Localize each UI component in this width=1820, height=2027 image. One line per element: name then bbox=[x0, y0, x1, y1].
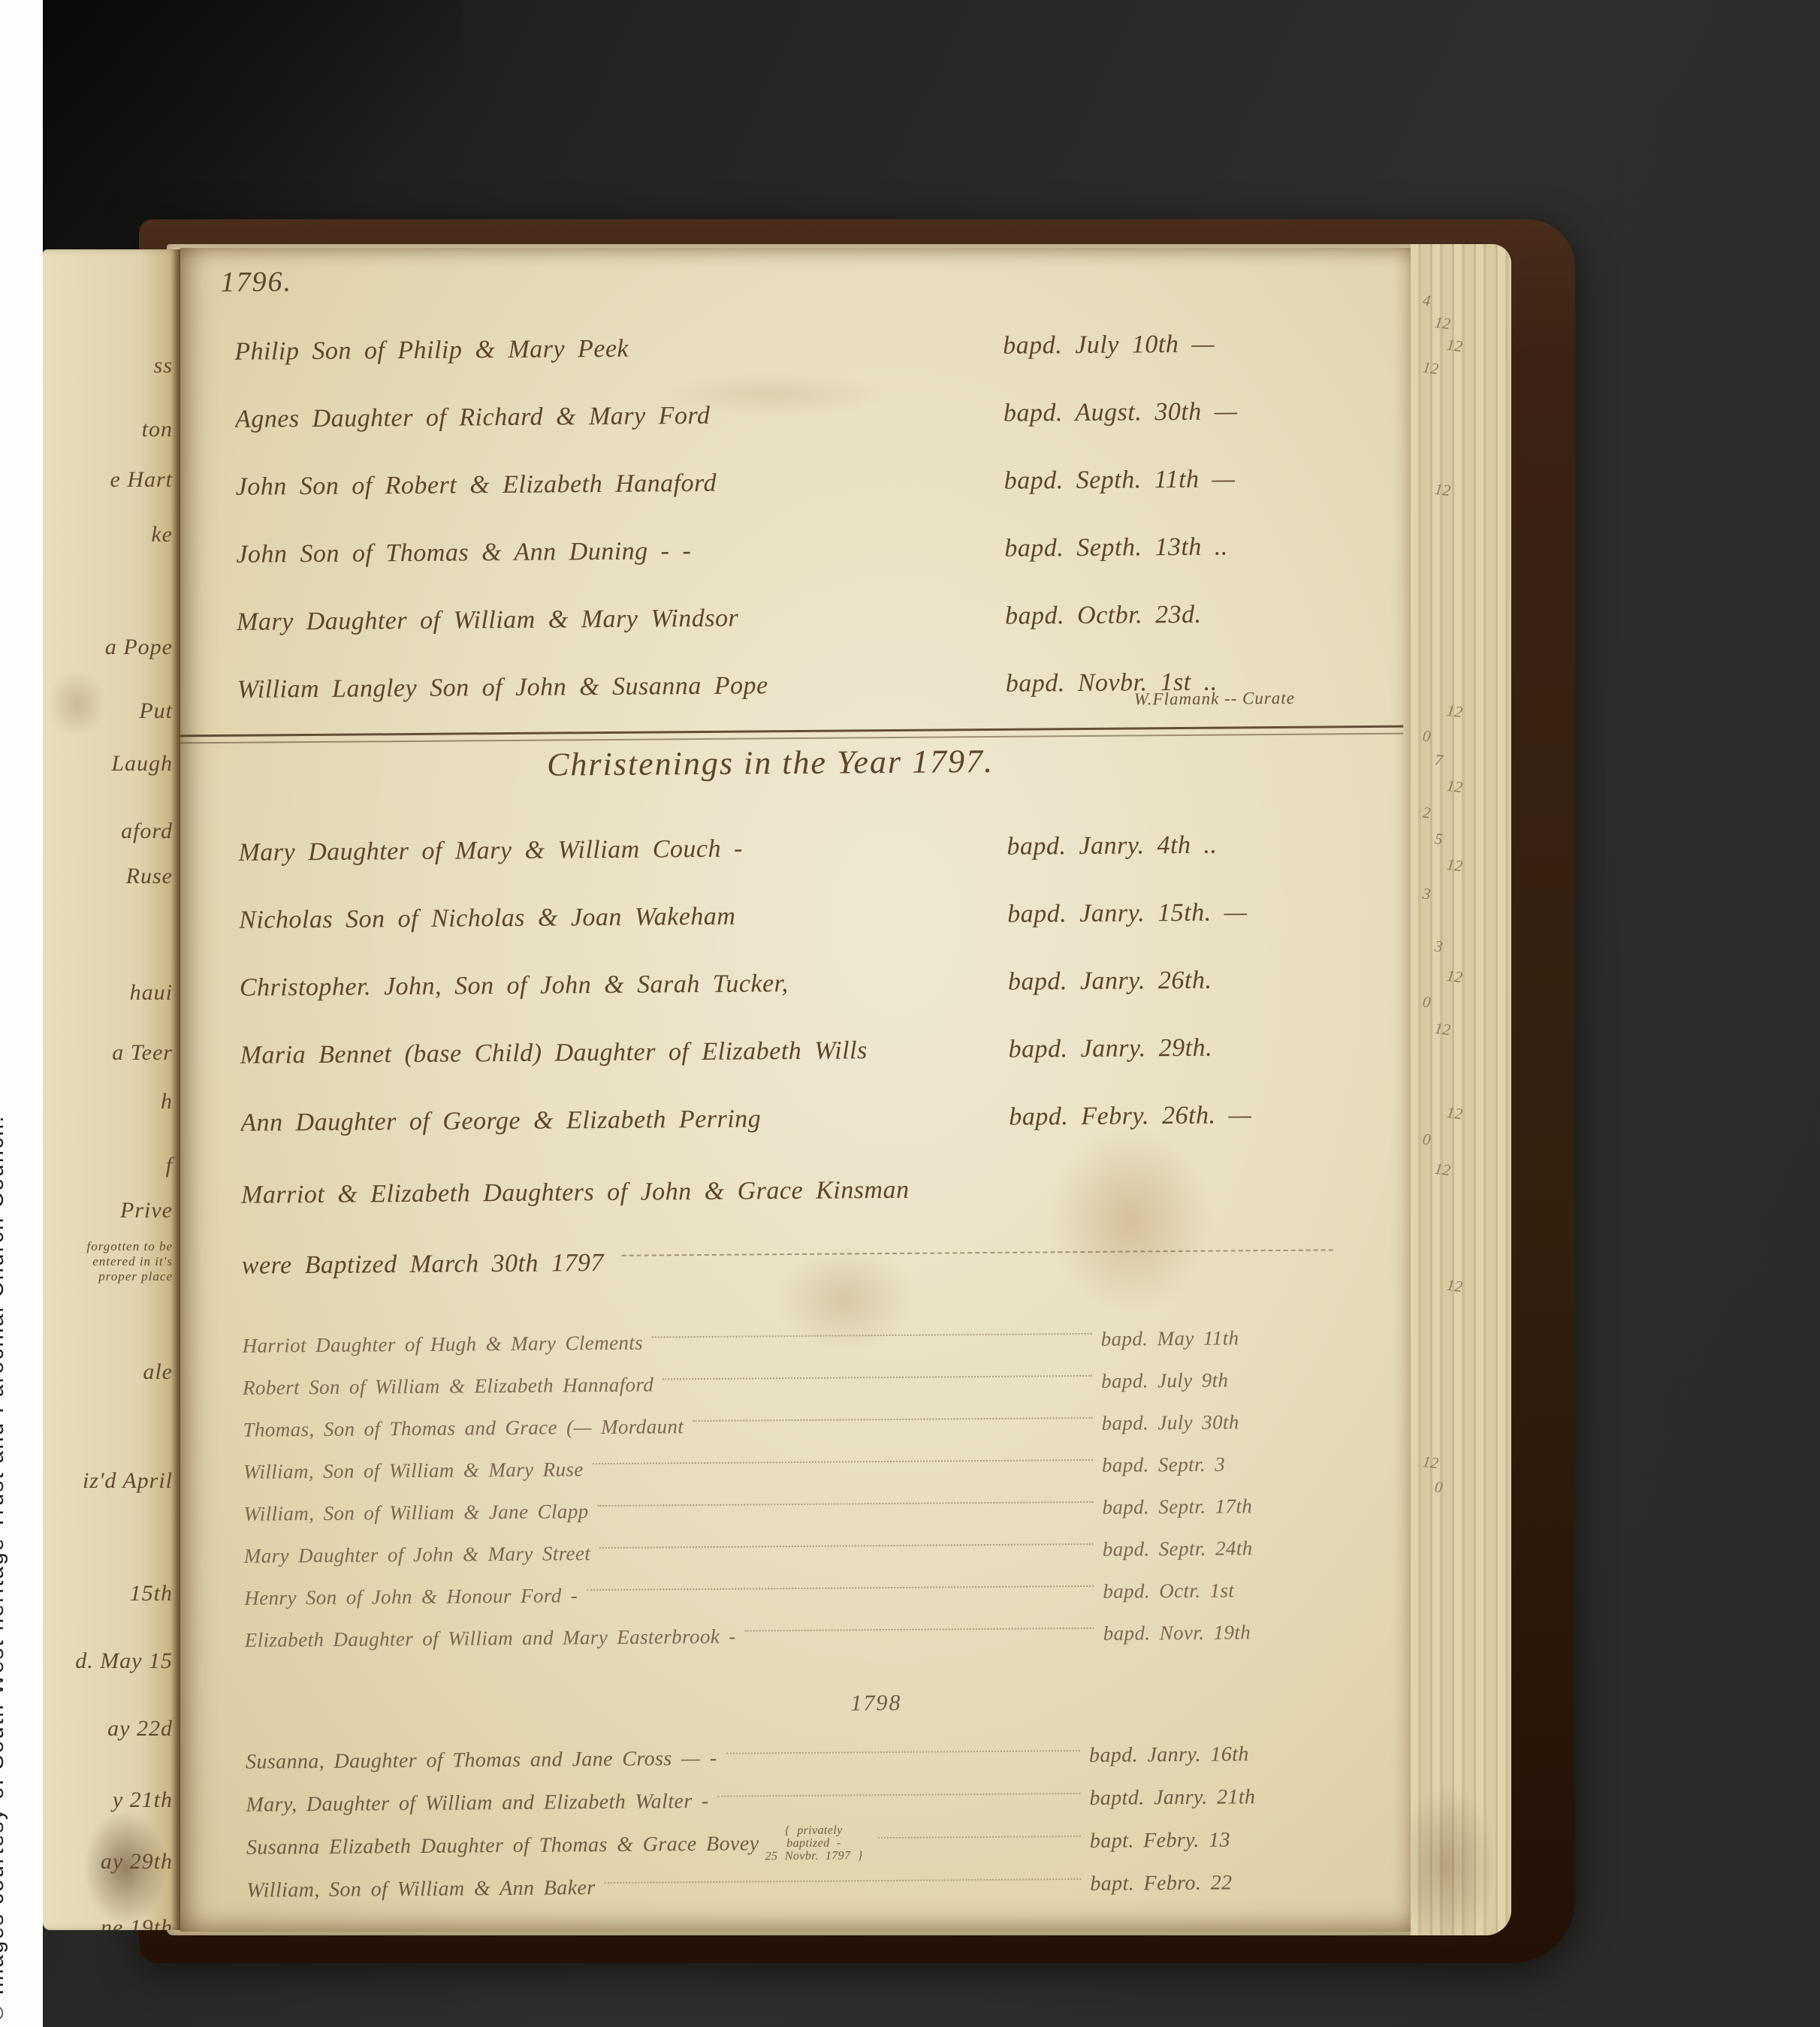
entry-date: bapd. Janry. 4th .. bbox=[1007, 830, 1337, 861]
entry-name: Maria Bennet (base Child) Daughter of El… bbox=[240, 1036, 1008, 1070]
year-1798-label: 1798 bbox=[756, 1690, 996, 1718]
fore-edge-mark: 0 bbox=[1434, 1477, 1444, 1497]
baptism-entry: Elizabeth Daughter of William and Mary E… bbox=[185, 1610, 1411, 1662]
adjacent-page-fragment: a Pope bbox=[105, 635, 173, 660]
fore-edge-mark: 4 bbox=[1422, 291, 1432, 310]
adjacent-page-fragment: f bbox=[166, 1153, 173, 1178]
entry-date: bapd. Novr. 19th bbox=[1103, 1620, 1344, 1645]
fore-edge-mark: 12 bbox=[1434, 1019, 1452, 1039]
entry-name: Philip Son of Philip & Mary Peek bbox=[234, 332, 1003, 366]
paper-stain bbox=[47, 670, 107, 738]
dash-leader bbox=[622, 1249, 1333, 1256]
curate-signature: W.Flamank -- Curate bbox=[1134, 689, 1295, 710]
adjacent-page-fragment: ay 29th bbox=[101, 1849, 173, 1875]
entry-date: bapd. July 30th bbox=[1101, 1410, 1342, 1435]
entry-name: Henry Son of John & Honour Ford - bbox=[244, 1584, 578, 1609]
fore-edge-marks-layer: 412121212120712251233120121201212120 bbox=[1417, 0, 1514, 2027]
entry-name: William, Son of William & Ann Baker bbox=[246, 1876, 595, 1903]
entry-name: Christopher. John, Son of John & Sarah T… bbox=[240, 968, 1008, 1003]
kinsman-entry-line1: Marriot & Elizabeth Daughters of John & … bbox=[181, 1151, 1411, 1232]
dot-leader bbox=[605, 1878, 1082, 1884]
entries-1798-section: Susanna, Daughter of Thomas and Jane Cro… bbox=[186, 1732, 1411, 1913]
baptism-entry: Agnes Daughter of Richard & Mary Ford ba… bbox=[180, 377, 1405, 454]
entry-name: Mary Daughter of William & Mary Windsor bbox=[237, 602, 1005, 637]
scanned-register-photo: 412121212120712251233120121201212120 sst… bbox=[0, 0, 1820, 2027]
entry-date: bapd. July 10th — bbox=[1003, 329, 1333, 360]
previous-page-edge: sstone Hartkea PopePutLaughafordRusehaui… bbox=[43, 249, 180, 1930]
entry-date: bapd. May 11th bbox=[1100, 1326, 1341, 1351]
fore-edge-mark: 12 bbox=[1422, 358, 1440, 379]
adjacent-page-fragment: Put bbox=[139, 698, 173, 724]
fore-edge-mark: 12 bbox=[1446, 777, 1464, 797]
entry-name: Robert Son of William & Elizabeth Hannaf… bbox=[243, 1373, 653, 1399]
entry-name: John Son of Robert & Elizabeth Hanaford bbox=[236, 467, 1004, 502]
adjacent-page-fragment: forgotten to be entered in it's proper p… bbox=[87, 1239, 173, 1284]
baptism-entry: Nicholas Son of Nicholas & Joan Wakeham … bbox=[180, 878, 1410, 955]
adjacent-page-fragment: ke bbox=[151, 522, 173, 547]
entry-date: bapd. Janry. 29th. bbox=[1008, 1033, 1339, 1063]
kinsman-entry-line2: were Baptized March 30th 1797 bbox=[181, 1221, 1411, 1302]
entry-name: Mary, Daughter of William and Elizabeth … bbox=[246, 1789, 708, 1817]
fore-edge-mark: 12 bbox=[1422, 1452, 1440, 1473]
dot-leader bbox=[745, 1627, 1094, 1632]
fore-edge-mark: 0 bbox=[1422, 726, 1432, 746]
fore-edge-mark: 12 bbox=[1446, 336, 1464, 356]
entry-name: Harriot Daughter of Hugh & Mary Clements bbox=[243, 1331, 644, 1357]
entry-name: Susanna Elizabeth Daughter of Thomas & G… bbox=[246, 1832, 759, 1860]
baptism-entry: William Langley Son of John & Susanna Po… bbox=[180, 647, 1408, 725]
entry-date: bapd. Octbr. 23d. bbox=[1005, 599, 1336, 630]
fore-edge-mark: 0 bbox=[1422, 992, 1432, 1012]
fore-edge-mark: 12 bbox=[1446, 967, 1464, 987]
entry-name: Susanna, Daughter of Thomas and Jane Cro… bbox=[246, 1746, 717, 1774]
christenings-1797-heading: Christenings in the Year 1797. bbox=[180, 739, 1363, 786]
baptism-entry: Philip Son of Philip & Mary Peek bapd. J… bbox=[180, 309, 1405, 387]
handwritten-text-layer: 1796. Philip Son of Philip & Mary Peek b… bbox=[180, 248, 1411, 1932]
entry-name: William Langley Son of John & Susanna Po… bbox=[237, 670, 1006, 704]
baptism-entry: Ann Daughter of George & Elizabeth Perri… bbox=[180, 1081, 1411, 1158]
adjacent-page-fragment: d. May 15 bbox=[75, 1648, 173, 1674]
fore-edge-mark: 7 bbox=[1434, 750, 1444, 770]
dot-leader bbox=[593, 1459, 1093, 1464]
baptism-entry: John Son of Thomas & Ann Duning - - bapd… bbox=[180, 512, 1407, 590]
entry-date: bapd. Septr. 24th bbox=[1103, 1536, 1343, 1561]
entry-name: Mary Daughter of John & Mary Street bbox=[244, 1542, 591, 1568]
entry-name: William, Son of William & Mary Ruse bbox=[243, 1458, 584, 1484]
baptism-entry: John Son of Robert & Elizabeth Hanaford … bbox=[180, 445, 1406, 522]
entry-name: Mary Daughter of Mary & William Couch - bbox=[238, 833, 1007, 867]
baptism-entry: Mary Daughter of Mary & William Couch - … bbox=[180, 810, 1409, 888]
entries-1797-baptisms-section: Harriot Daughter of Hugh & Mary Clements… bbox=[182, 1316, 1411, 1662]
entry-name: John Son of Thomas & Ann Duning - - bbox=[236, 535, 1004, 569]
entries-1796-section: Philip Son of Philip & Mary Peek bapd. J… bbox=[180, 309, 1408, 725]
copyright-text: © Images courtesy of South West heritage… bbox=[0, 1115, 9, 2021]
entry-date: bapd. Octr. 1st bbox=[1103, 1578, 1343, 1603]
baptism-entry: William, Son of William & Ann Baker bapt… bbox=[186, 1860, 1411, 1913]
adjacent-page-fragment: h bbox=[161, 1089, 173, 1115]
entry-name: Ann Daughter of George & Elizabeth Perri… bbox=[240, 1103, 1009, 1138]
entry-date: bapd. Janry. 15th. — bbox=[1007, 897, 1338, 928]
baptism-entry: Maria Bennet (base Child) Daughter of El… bbox=[180, 1013, 1411, 1090]
entry-date: bapd. Septh. 13th .. bbox=[1004, 532, 1335, 563]
fore-edge-mark: 2 bbox=[1422, 803, 1432, 822]
entries-1797-section: Mary Daughter of Mary & William Couch - … bbox=[180, 810, 1411, 1158]
adjacent-page-fragment: ton bbox=[142, 417, 173, 442]
entry-name: Elizabeth Daughter of William and Mary E… bbox=[245, 1624, 736, 1651]
entry-date: bapd. Janry. 26th. bbox=[1008, 965, 1339, 996]
dot-leader bbox=[693, 1417, 1092, 1422]
fore-edge-mark: 0 bbox=[1422, 1130, 1432, 1149]
adjacent-page-fragment: 15th bbox=[130, 1581, 173, 1606]
copyright-strip: © Images courtesy of South West heritage… bbox=[0, 0, 43, 2027]
entry-date: bapt. Febro. 22 bbox=[1090, 1870, 1345, 1896]
fore-edge-mark: 12 bbox=[1434, 313, 1452, 333]
entry-name: Marriot & Elizabeth Daughters of John & … bbox=[241, 1175, 910, 1209]
adjacent-page-fragment: aford bbox=[121, 819, 173, 844]
dot-leader bbox=[599, 1543, 1094, 1549]
entry-date: bapd. Febry. 26th. — bbox=[1009, 1100, 1339, 1131]
entry-date: were Baptized March 30th 1797 bbox=[242, 1249, 604, 1280]
entry-date: bapd. Septh. 11th — bbox=[1004, 464, 1334, 495]
baptism-entry: Mary Daughter of William & Mary Windsor … bbox=[180, 580, 1407, 657]
adjacent-page-fragment: ss bbox=[154, 353, 173, 379]
fore-edge-mark: 12 bbox=[1434, 1160, 1452, 1180]
privately-baptized-note: { privately baptized - 25 Novbr. 1797 } bbox=[765, 1823, 862, 1863]
entry-date: baptd. Janry. 21th bbox=[1089, 1784, 1345, 1811]
dot-leader bbox=[718, 1793, 1081, 1797]
dot-leader bbox=[877, 1835, 1080, 1838]
year-1796-label: 1796. bbox=[220, 265, 292, 299]
fore-edge-mark: 12 bbox=[1446, 1276, 1464, 1296]
adjacent-page-fragment: Laugh bbox=[111, 751, 173, 777]
entry-date: bapd. Janry. 16th bbox=[1089, 1742, 1345, 1768]
fore-edge-mark: 3 bbox=[1422, 884, 1432, 903]
adjacent-page-fragment: iz'd April bbox=[83, 1468, 173, 1494]
adjacent-page-fragment: ay 22d bbox=[107, 1716, 173, 1742]
adjacent-page-fragment: a Teer bbox=[112, 1040, 173, 1066]
fore-edge-mark: 12 bbox=[1446, 701, 1464, 722]
dot-leader bbox=[726, 1750, 1080, 1754]
entry-name: Agnes Daughter of Richard & Mary Ford bbox=[235, 400, 1004, 434]
dot-leader bbox=[587, 1585, 1094, 1591]
entry-date: bapd. July 9th bbox=[1101, 1368, 1342, 1393]
adjacent-page-fragment: ale bbox=[143, 1359, 173, 1385]
fore-edge-mark: 12 bbox=[1434, 480, 1452, 500]
entry-date: bapd. Septr. 17th bbox=[1102, 1494, 1342, 1519]
dot-leader bbox=[663, 1375, 1092, 1380]
entry-date: bapd. Septr. 3 bbox=[1102, 1452, 1342, 1477]
adjacent-page-fragment: y 21th bbox=[113, 1787, 173, 1813]
entry-name: William, Son of William & Jane Clapp bbox=[243, 1500, 588, 1526]
fore-edge-mark: 5 bbox=[1434, 829, 1444, 849]
dot-leader bbox=[597, 1501, 1093, 1507]
fore-edge-mark: 3 bbox=[1434, 937, 1444, 956]
baptism-entry: Christopher. John, Son of John & Sarah T… bbox=[180, 946, 1410, 1023]
register-page: 1796. Philip Son of Philip & Mary Peek b… bbox=[180, 248, 1411, 1932]
fore-edge-mark: 12 bbox=[1446, 1103, 1464, 1124]
entry-date: bapd. Augst. 30th — bbox=[1004, 397, 1334, 427]
adjacent-page-fragment: e Hart bbox=[110, 467, 174, 493]
adjacent-page-fragment: Prive bbox=[120, 1198, 173, 1223]
fore-edge-mark: 12 bbox=[1446, 855, 1464, 876]
adjacent-page-fragment: haui bbox=[130, 980, 173, 1006]
adjacent-page-fragment: Ruse bbox=[126, 864, 173, 889]
dot-leader bbox=[652, 1333, 1092, 1338]
entry-name: Nicholas Son of Nicholas & Joan Wakeham bbox=[239, 900, 1007, 935]
entry-date: bapt. Febry. 13 bbox=[1090, 1827, 1345, 1854]
adjacent-page-fragment: ne 19th bbox=[101, 1915, 173, 1930]
entry-name: Thomas, Son of Thomas and Grace (— Morda… bbox=[243, 1415, 684, 1442]
